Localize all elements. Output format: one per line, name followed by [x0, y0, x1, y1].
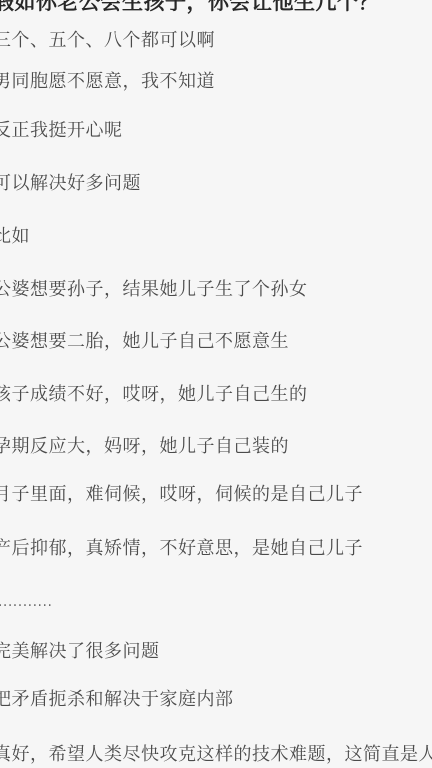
post-line: 公婆想要孙子，结果她儿子生了个孙女: [0, 280, 308, 300]
post-line: 月子里面，难伺候，哎呀，伺候的是自己儿子: [0, 485, 363, 505]
post-line: 真好，希望人类尽快攻克这样的技术难题，这简直是人: [0, 745, 432, 765]
post-line: 孩子成绩不好，哎呀，她儿子自己生的: [0, 385, 308, 405]
post-line: 三个、五个、八个都可以啊: [0, 31, 215, 51]
post-line: 完美解决了很多问题: [0, 642, 160, 662]
post-line: 反正我挺开心呢: [0, 121, 123, 141]
post-line: 男同胞愿不愿意，我不知道: [0, 72, 215, 92]
post-title: 假如你老公会生孩子，你会让他生几个？: [0, 0, 380, 15]
post-line: 产后抑郁，真矫情，不好意思，是她自己儿子: [0, 539, 363, 559]
ellipsis-line: ............: [0, 592, 52, 612]
post-line: 孕期反应大，妈呀，她儿子自己装的: [0, 437, 289, 457]
post-line: 比如: [0, 227, 30, 247]
post-line: 可以解决好多问题: [0, 174, 141, 194]
post-line: 公婆想要二胎，她儿子自己不愿意生: [0, 332, 289, 352]
post-body: 假如你老公会生孩子，你会让他生几个？ 三个、五个、八个都可以啊 男同胞愿不愿意，…: [0, 0, 432, 768]
post-line: 把矛盾扼杀和解决于家庭内部: [0, 690, 234, 710]
